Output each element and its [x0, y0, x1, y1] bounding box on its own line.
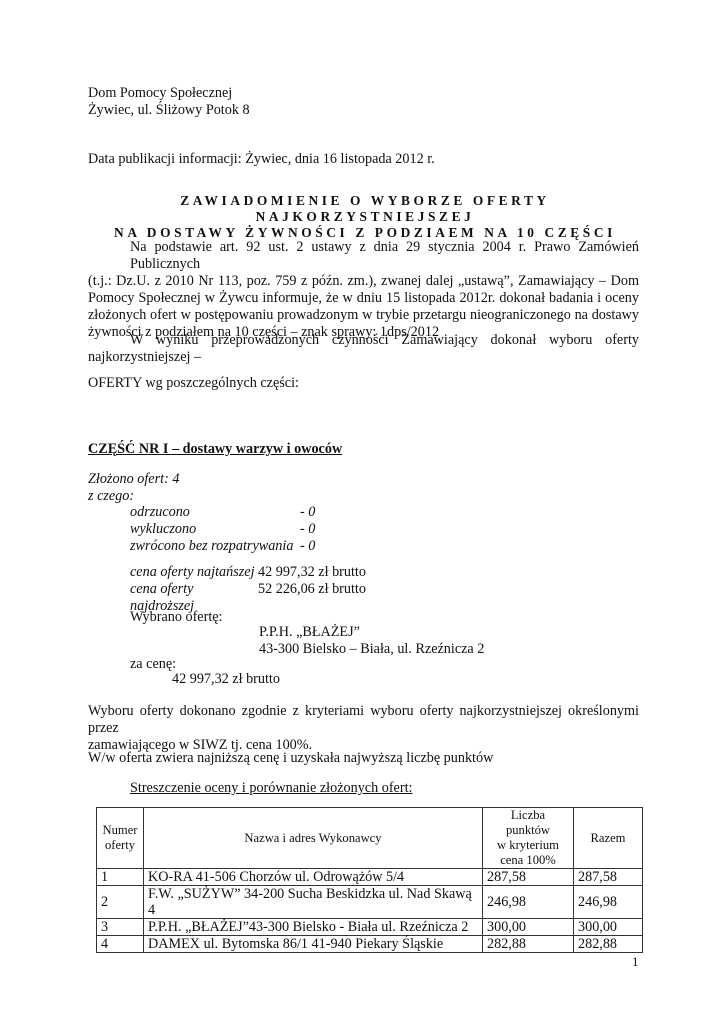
selected-offer: P.P.H. „BŁAŻEJ” 43-300 Bielsko – Biała, … [259, 624, 484, 658]
price-label: za cenę: [130, 656, 176, 673]
stat-rejected: odrzucono - 0 [130, 504, 315, 521]
contractor: P.P.H. „BŁAŻEJ”43-300 Bielsko - Biała ul… [144, 919, 483, 936]
org-address: Żywiec, ul. Śliżowy Potok 8 [88, 102, 250, 119]
contractor: DAMEX ul. Bytomska 86/1 41-940 Piekary Ś… [144, 936, 483, 953]
header-contractor: Nazwa i adres Wykonawcy [144, 808, 483, 869]
price-value: 42 997,32 zł brutto [172, 671, 280, 688]
points: 246,98 [483, 886, 574, 919]
points: 282,88 [483, 936, 574, 953]
cheapest-price: cena oferty najtańszej 42 997,32 zł brut… [130, 564, 366, 581]
points: 300,00 [483, 919, 574, 936]
intro-paragraph: Na podstawie art. 92 ust. 2 ustawy z dni… [88, 239, 639, 341]
of-which-label: z czego: [88, 488, 134, 505]
contractor: KO-RA 41-506 Chorzów ul. Odrowążów 5/4 [144, 869, 483, 886]
stats-list: odrzucono - 0 wykluczono - 0 zwrócono be… [130, 504, 315, 555]
header-text: cena 100% [487, 853, 569, 868]
offer-number: 2 [97, 886, 144, 919]
table-row: 2 F.W. „SUŻYW” 34-200 Sucha Beskidzka ul… [97, 886, 643, 919]
summary-heading: Streszczenie oceny i porównanie złożonyc… [130, 780, 412, 797]
part-heading: CZĘŚĆ NR I – dostawy warzyw i owoców [88, 441, 342, 458]
header-points: Liczba punktów w kryterium cena 100% [483, 808, 574, 869]
table-row: 3 P.P.H. „BŁAŻEJ”43-300 Bielsko - Biała … [97, 919, 643, 936]
offer-number: 4 [97, 936, 144, 953]
offers-heading: OFERTY wg poszczególnych części: [88, 375, 299, 392]
header-total: Razem [574, 808, 643, 869]
publication-date: Data publikacji informacji: Żywiec, dnia… [88, 151, 435, 168]
intro-line: Pomocy Społecznej w Żywcu informuje, że … [88, 290, 639, 307]
table-header-row: Numer oferty Nazwa i adres Wykonawcy Lic… [97, 808, 643, 869]
criteria-paragraph: Wyboru oferty dokonano zgodnie z kryteri… [88, 703, 639, 754]
table-row: 1 KO-RA 41-506 Chorzów ul. Odrowążów 5/4… [97, 869, 643, 886]
most-expensive-value: 52 226,06 zł brutto [258, 581, 366, 615]
stat-label: wykluczono [130, 521, 300, 538]
points: 287,58 [483, 869, 574, 886]
header-text: oferty [101, 838, 139, 853]
stat-value: - 0 [300, 521, 315, 538]
total: 246,98 [574, 886, 643, 919]
intro-line: (t.j.: Dz.U. z 2010 Nr 113, poz. 759 z p… [88, 273, 639, 290]
stat-value: - 0 [300, 538, 315, 555]
selected-offer-name: P.P.H. „BŁAŻEJ” [259, 624, 484, 641]
total: 300,00 [574, 919, 643, 936]
stat-returned: zwrócono bez rozpatrywania - 0 [130, 538, 315, 555]
table-row: 4 DAMEX ul. Bytomska 86/1 41-940 Piekary… [97, 936, 643, 953]
justification: W/w oferta zwiera najniższą cenę i uzysk… [88, 750, 493, 767]
intro-line: Na podstawie art. 92 ust. 2 ustawy z dni… [88, 239, 639, 273]
header-text: Numer [101, 823, 139, 838]
total: 282,88 [574, 936, 643, 953]
offer-number: 3 [97, 919, 144, 936]
sender-block: Dom Pomocy Społecznej Żywiec, ul. Śliżow… [88, 85, 250, 119]
cheapest-label: cena oferty najtańszej [130, 564, 258, 581]
offers-comparison-table: Numer oferty Nazwa i adres Wykonawcy Lic… [96, 807, 643, 953]
stat-excluded: wykluczono - 0 [130, 521, 315, 538]
header-text: punktów [487, 823, 569, 838]
title-line-1: ZAWIADOMIENIE O WYBORZE OFERTY NAJKORZYS… [90, 193, 640, 225]
header-offer-number: Numer oferty [97, 808, 144, 869]
cheapest-value: 42 997,32 zł brutto [258, 564, 366, 581]
result-paragraph: W wyniku przeprowadzonych czynności Zama… [88, 332, 639, 366]
price-range: cena oferty najtańszej 42 997,32 zł brut… [130, 564, 366, 615]
contractor: F.W. „SUŻYW” 34-200 Sucha Beskidzka ul. … [144, 886, 483, 919]
stat-label: odrzucono [130, 504, 300, 521]
header-text: Liczba [487, 808, 569, 823]
intro-line: złożonych ofert w postępowaniu prowadzon… [88, 307, 639, 324]
criteria-line-1: Wyboru oferty dokonano zgodnie z kryteri… [88, 703, 639, 737]
header-text: w kryterium [487, 838, 569, 853]
org-name: Dom Pomocy Społecznej [88, 85, 250, 102]
selected-offer-address: 43-300 Bielsko – Biała, ul. Rzeźnicza 2 [259, 641, 484, 658]
stat-value: - 0 [300, 504, 315, 521]
document-title: ZAWIADOMIENIE O WYBORZE OFERTY NAJKORZYS… [90, 193, 640, 241]
submitted-count: Złożono ofert: 4 [88, 471, 179, 488]
selected-offer-label: Wybrano ofertę: [130, 609, 223, 626]
offer-number: 1 [97, 869, 144, 886]
result-line-2: najkorzystniejszej – [88, 349, 639, 366]
stat-label: zwrócono bez rozpatrywania [130, 538, 300, 555]
total: 287,58 [574, 869, 643, 886]
result-line-1: W wyniku przeprowadzonych czynności Zama… [88, 332, 639, 349]
page-number: 1 [632, 953, 639, 970]
